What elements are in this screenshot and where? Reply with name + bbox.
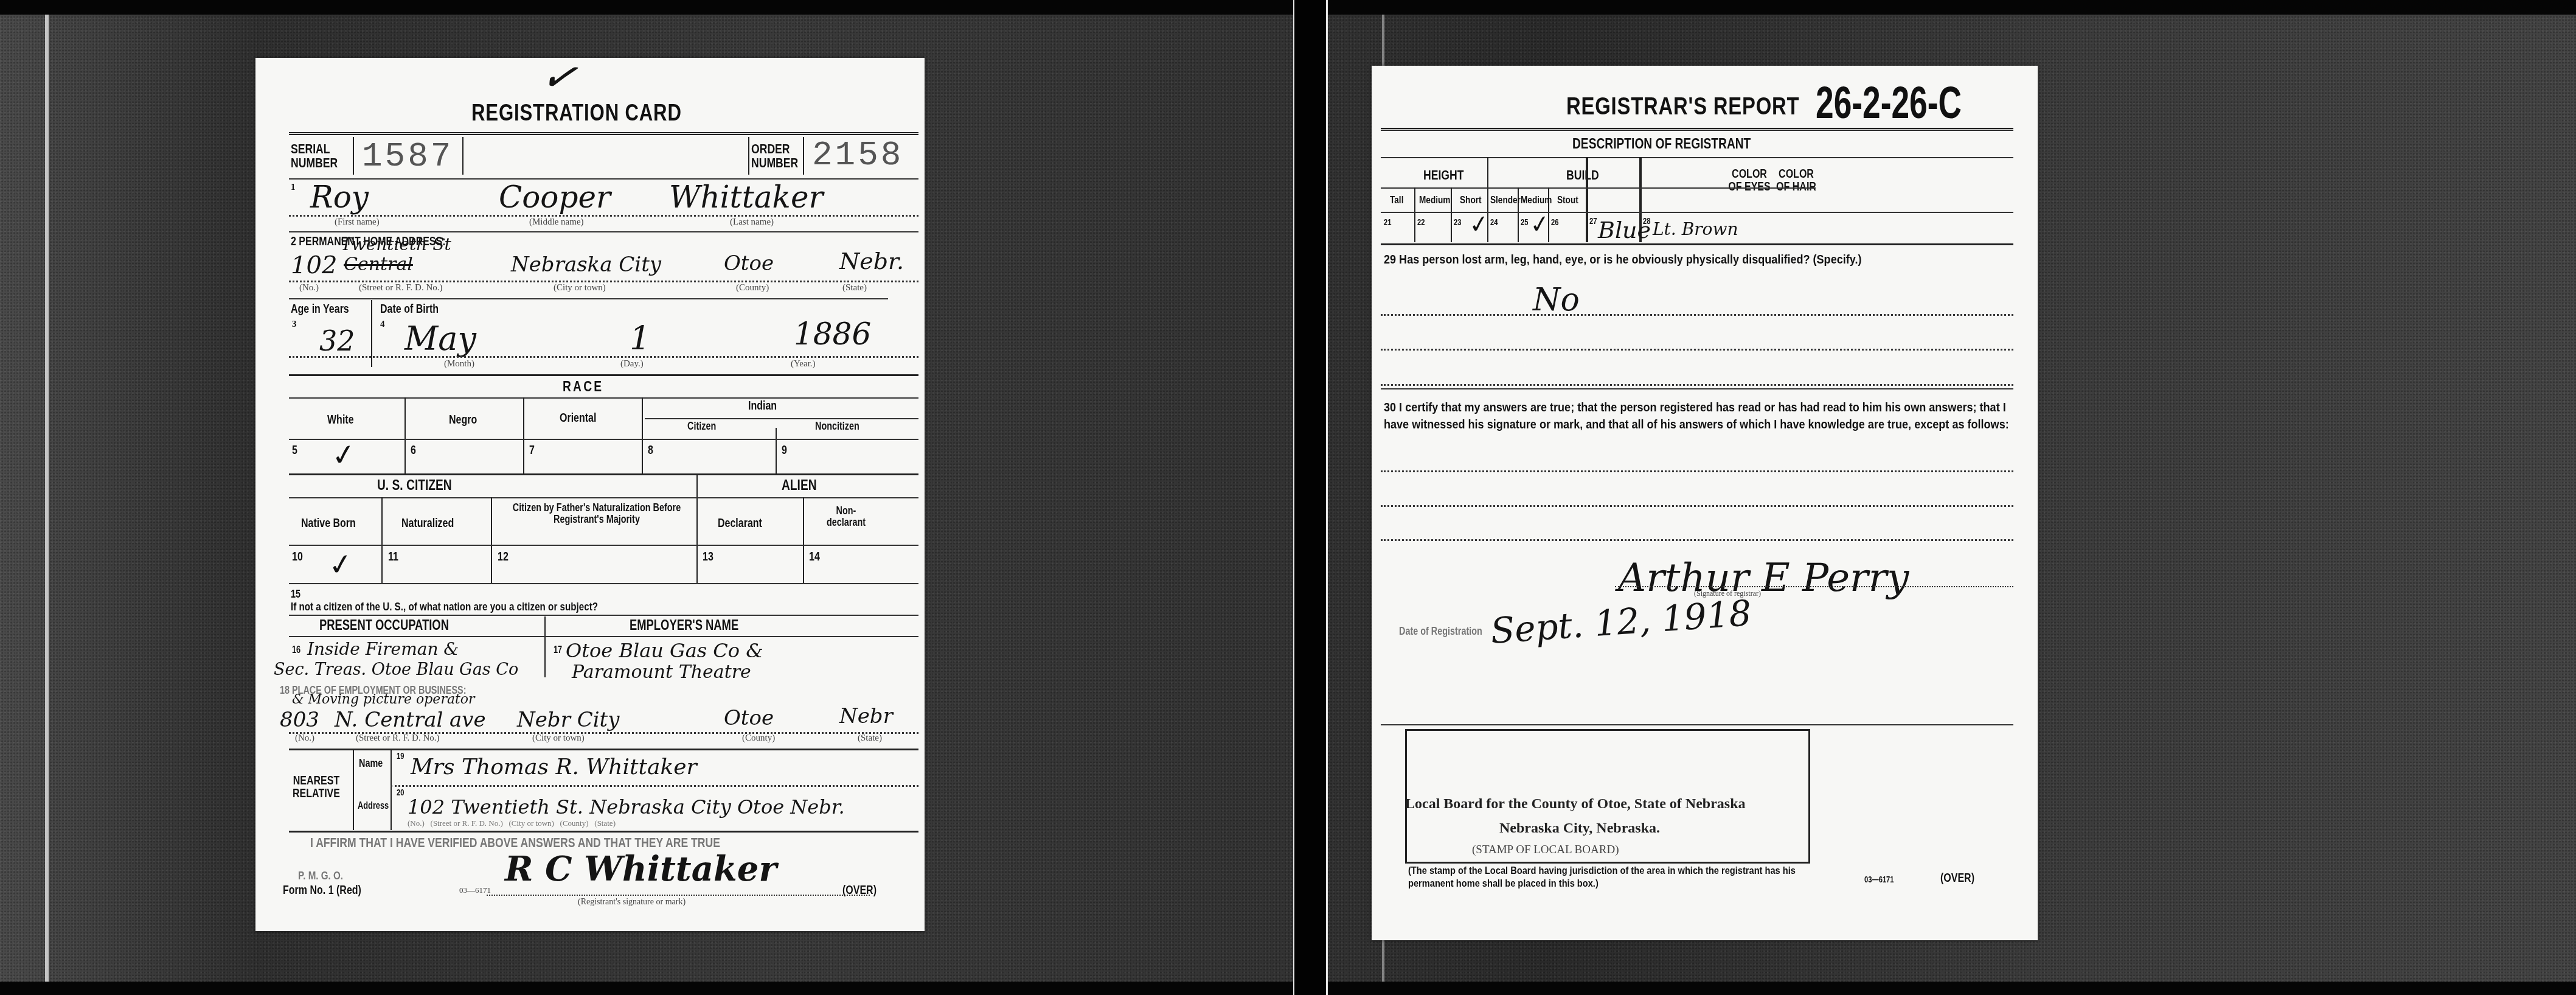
registrars-report-card: REGISTRAR'S REPORT 26-2-26-C DESCRIPTION… xyxy=(1372,66,2038,940)
race-heading: RACE xyxy=(563,379,603,394)
native-born-check: ✓ xyxy=(326,546,355,583)
stamp-line2: Nebraska City, Nebraska. xyxy=(1499,820,1660,837)
stamp-note: (The stamp of the Local Board having jur… xyxy=(1408,864,1806,890)
occupation-line2: Sec. Treas. Otoe Blau Gas Co xyxy=(274,660,518,679)
middle-name: Cooper xyxy=(499,180,611,215)
place-state: Nebr xyxy=(839,704,893,728)
home-address-street: Twentieth St xyxy=(341,234,451,254)
over-label: (OVER) xyxy=(842,884,877,897)
occupation-line1: Inside Fireman & xyxy=(307,639,459,659)
home-address-no: 102 xyxy=(291,251,337,279)
stamp-label: (STAMP OF LOCAL BOARD) xyxy=(1472,843,1619,857)
top-check-mark: ✓ xyxy=(537,49,581,105)
bottom-scan-border xyxy=(0,982,2576,995)
age-label: Age in Years xyxy=(291,303,349,316)
eye-color: Blue xyxy=(1598,217,1651,243)
place-city: Nebr City xyxy=(517,708,619,732)
binding-line-left xyxy=(45,15,49,982)
home-address-state: Nebr. xyxy=(839,248,904,274)
order-number: 2158 xyxy=(812,136,903,175)
order-number-label: ORDER NUMBER xyxy=(751,142,805,170)
hair-color: Lt. Brown xyxy=(1653,219,1738,239)
last-name: Whittaker xyxy=(669,180,823,215)
stamp-line1: Local Board for the County of Otoe, Stat… xyxy=(1405,796,1746,812)
dob-day: 1 xyxy=(630,319,650,358)
affirm-statement: I AFFIRM THAT I HAVE VERIFIED ABOVE ANSW… xyxy=(310,836,720,850)
dob-year: 1886 xyxy=(794,316,871,352)
occupation-line3: & Moving picture operator xyxy=(292,692,475,707)
date-of-registration-label: Date of Registration xyxy=(1399,626,1482,637)
q29-answer: No xyxy=(1533,282,1580,318)
build-medium-check: ✓ xyxy=(1528,209,1552,240)
nearest-relative-label: NEAREST RELATIVE xyxy=(292,775,341,800)
form-id-pmgo: P. M. G. O. xyxy=(298,870,343,882)
q30-certification: 30 I certify that my answers are true; t… xyxy=(1384,399,2027,434)
serial-number: 1587 xyxy=(362,137,453,176)
place-county: Otoe xyxy=(724,706,774,730)
age-value: 32 xyxy=(319,324,355,357)
height-short-check: ✓ xyxy=(1467,209,1491,240)
home-address-city: Nebraska City xyxy=(511,253,661,277)
employer-line1: Otoe Blau Gas Co & xyxy=(566,639,763,662)
occupation-heading: PRESENT OCCUPATION xyxy=(319,618,449,632)
top-scan-border xyxy=(0,0,2576,15)
dob-month: May xyxy=(404,319,476,358)
dob-label: Date of Birth xyxy=(380,303,439,316)
serial-number-label: SERIAL NUMBER xyxy=(291,142,344,170)
place-street: N. Central ave xyxy=(335,708,486,732)
place-no: 803 xyxy=(280,708,319,732)
employer-heading: EMPLOYER'S NAME xyxy=(630,618,738,632)
employer-line2: Paramount Theatre xyxy=(572,662,751,683)
page-edge-right xyxy=(1326,0,1328,995)
card-title: REGISTRATION CARD xyxy=(471,100,682,127)
home-address-street-struck: Central xyxy=(344,254,413,275)
q15-question: If not a citizen of the U. S., of what n… xyxy=(291,601,598,613)
q29-question: 29 Has person lost arm, leg, hand, eye, … xyxy=(1384,251,2012,268)
relative-name: Mrs Thomas R. Whittaker xyxy=(411,755,697,780)
description-heading: DESCRIPTION OF REGISTRANT xyxy=(1572,136,1751,152)
registration-card: ✓ REGISTRATION CARD SERIAL NUMBER 1587 O… xyxy=(255,58,925,931)
first-name: Roy xyxy=(310,180,369,215)
alien-heading: ALIEN xyxy=(782,478,817,493)
home-address-county: Otoe xyxy=(724,251,774,276)
race-white-check: ✓ xyxy=(329,436,358,473)
report-title: REGISTRAR'S REPORT xyxy=(1566,93,1799,120)
report-code: 26-2-26-C xyxy=(1816,77,1962,128)
registrant-signature: R C Whittaker xyxy=(505,849,777,889)
us-citizen-heading: U. S. CITIZEN xyxy=(377,478,452,493)
registration-date: Sept. 12, 1918 xyxy=(1489,592,1752,652)
over-label: (OVER) xyxy=(1940,872,1974,885)
registrar-signature: Arthur E Perry xyxy=(1618,556,1909,601)
relative-address: 102 Twentieth St. Nebraska City Otoe Neb… xyxy=(408,795,845,819)
page-gutter xyxy=(1294,0,1326,995)
form-number: Form No. 1 (Red) xyxy=(283,884,361,897)
